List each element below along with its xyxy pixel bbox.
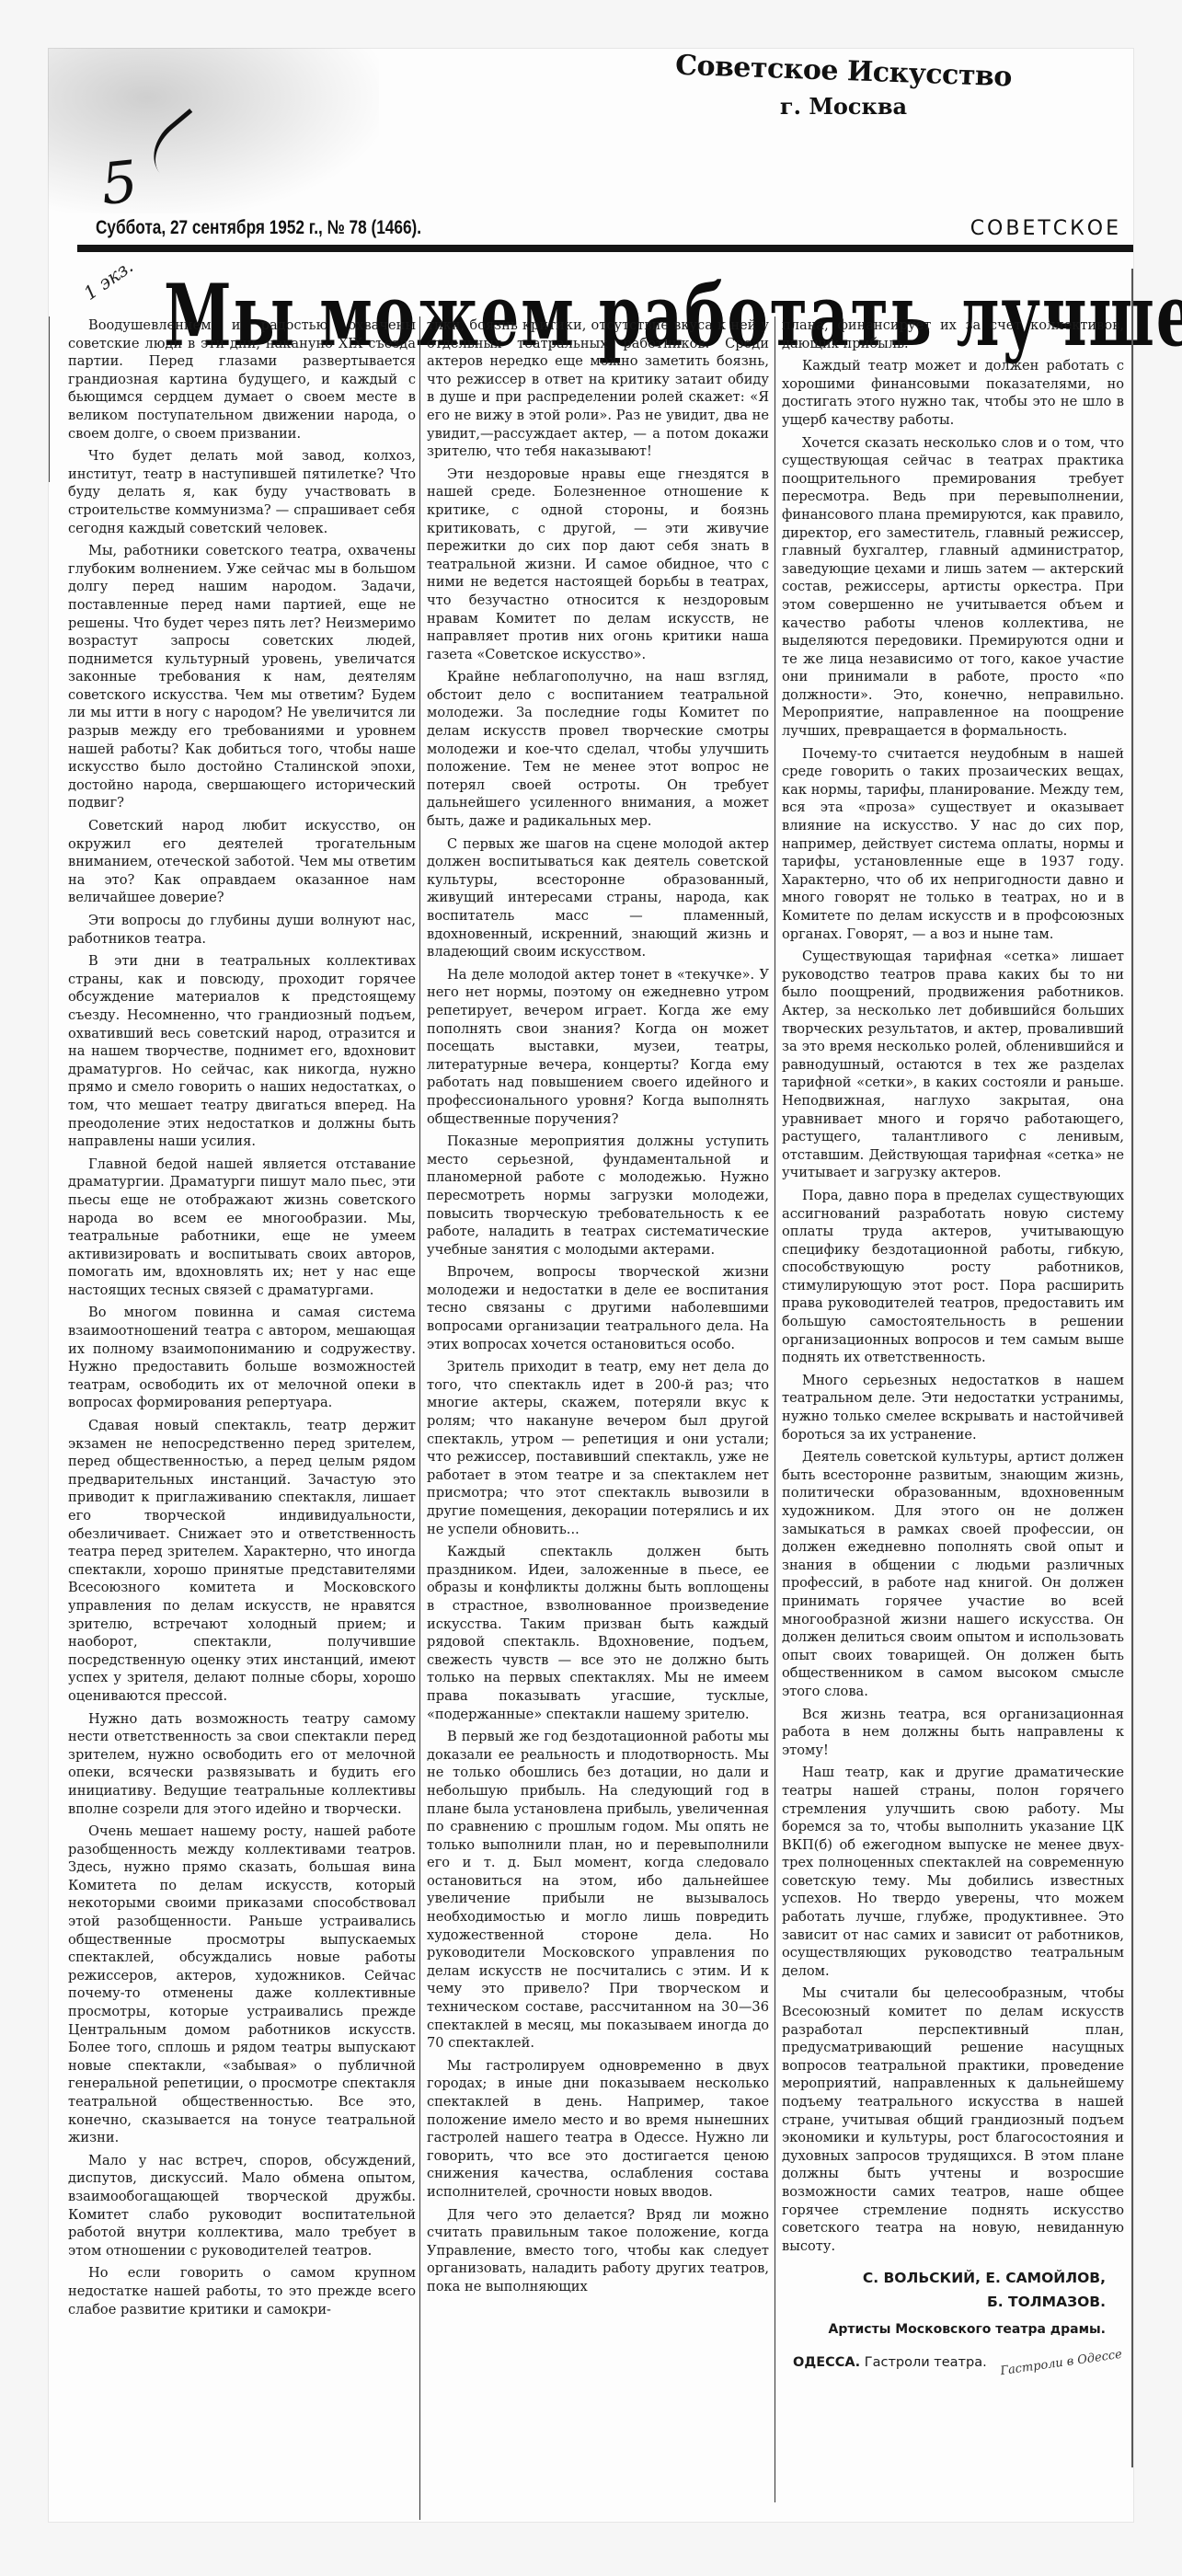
signature-line-2: Б. ТОЛМАЗОВ. [782,2290,1106,2314]
dateline-place: ОДЕССА. Гастроли театра. Гастроли в Одес… [782,2354,1124,2373]
paragraph: Каждый спектакль должен быть праздником.… [427,1543,769,1723]
scan-stain [48,48,379,213]
paragraph: Но если говорить о самом крупном недоста… [68,2264,416,2318]
paragraph: Мы считали бы целесообразным, чтобы Всес… [782,1984,1124,2255]
place-name: ОДЕССА. [793,2355,860,2370]
article-column-1: Воодушевлением и радостью охвачены совет… [68,316,416,2323]
paragraph: Пора, давно пора в пределах существующих… [782,1187,1124,1367]
paragraph: плана, финансирует их за счет коллективо… [782,316,1124,352]
paragraph: Почему-то считается неудобным в нашей ср… [782,745,1124,944]
paragraph: Сдавая новый спектакль, театр держит экз… [68,1417,416,1706]
column-left-rule [49,316,50,482]
paragraph: Существующая тарифная «сетка» лишает рук… [782,948,1124,1182]
archive-stamp: Советское Искусство г. Москва [660,55,1027,120]
signature-line-1: С. ВОЛЬСКИЙ, Е. САМОЙЛОВ, [782,2266,1106,2290]
paragraph: С первых же шагов на сцене молодой актер… [427,835,769,961]
paragraph: Нужно дать возможность театру самому нес… [68,1710,416,1819]
paragraph: В первый же год бездотационной работы мы… [427,1728,769,2053]
author-affiliation: Артисты Московского театра драмы. [782,2321,1124,2340]
masthead-rule [77,245,1133,252]
paragraph: Советский народ любит искусство, он окру… [68,817,416,907]
newspaper-clipping: Советское Искусство г. Москва 5 Суббота,… [48,48,1134,2523]
column-divider [775,316,775,2502]
column-divider [419,316,420,2520]
issue-dateline: Суббота, 27 сентября 1952 г., № 78 (1466… [96,217,421,239]
paragraph: Показные мероприятия должны уступить мес… [427,1133,769,1259]
paragraph: Главной бедой нашей является отставание … [68,1156,416,1300]
paragraph: Крайне неблагополучно, на наш взгляд, об… [427,668,769,830]
paragraph: На деле молодой актер тонет в «текучке».… [427,966,769,1128]
article-column-3: плана, финансирует их за счет коллективо… [782,316,1124,2373]
paragraph: Что будет делать мой завод, колхоз, инст… [68,447,416,537]
author-signature: С. ВОЛЬСКИЙ, Е. САМОЙЛОВ, Б. ТОЛМАЗОВ. [782,2266,1124,2314]
paragraph: Во многом повинна и самая система взаимо… [68,1304,416,1412]
paragraph: Много серьезных недостатков в нашем теат… [782,1372,1124,1443]
place-note: Гастроли театра. [865,2355,987,2370]
paragraph: Наш театр, как и другие драматические те… [782,1764,1124,1980]
paragraph: Вся жизнь театра, вся организационная ра… [782,1706,1124,1760]
paragraph: Мы гастролируем одновременно в двух горо… [427,2057,769,2202]
article-column-2: тики, боязнь критики, отсутствие вкуса к… [427,316,769,2301]
paragraph: В эти дни в театральных коллективах стра… [68,952,416,1151]
paragraph: Зритель приходит в театр, ему нет дела д… [427,1358,769,1538]
clipping-right-border [1131,269,1133,2467]
stamp-city: г. Москва [660,93,1027,120]
handwritten-page-number: 5 [98,147,141,218]
paragraph: Впрочем, вопросы творческой жизни молоде… [427,1263,769,1353]
paragraph: Эти вопросы до глубины души волнуют нас,… [68,912,416,948]
paragraph: тики, боязнь критики, отсутствие вкуса к… [427,316,769,461]
paragraph: Воодушевлением и радостью охвачены совет… [68,316,416,443]
paragraph: Мало у нас встреч, споров, обсуждений, д… [68,2152,416,2260]
handwritten-corner-note: 1 экз. [79,255,137,305]
stamp-title: Советское Искусство [660,49,1028,94]
paragraph: Каждый театр может и должен работать с х… [782,357,1124,429]
paragraph: Мы, работники советского театра, охвачен… [68,542,416,812]
handwritten-bottom-note: Гастроли в Одессе [1000,2346,1124,2381]
paragraph: Деятель советской культуры, артист долже… [782,1448,1124,1700]
paragraph: Эти нездоровые нравы еще гнездятся в наш… [427,466,769,664]
paragraph: Очень мешает нашему росту, нашей работе … [68,1823,416,2147]
paragraph: Для чего это делается? Вряд ли можно счи… [427,2206,769,2296]
masthead-fragment: СОВЕТСКОЕ [970,217,1121,240]
paragraph: Хочется сказать несколько слов и о том, … [782,434,1124,741]
